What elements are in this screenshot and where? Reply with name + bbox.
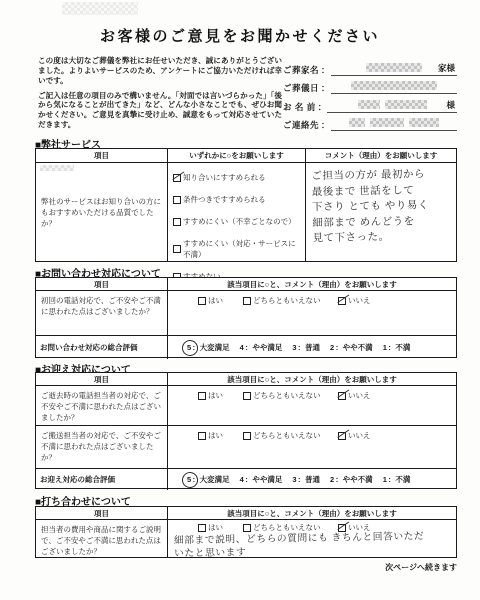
checkbox-icon (173, 245, 181, 253)
rating-2[interactable]: 2：やや不満 (329, 342, 373, 353)
option-label: はい (208, 522, 223, 533)
meeting-table: 項目 該当項目に○と、コメント（理由）をお願いします 担当者の費用や商品に関する… (35, 506, 457, 558)
family-name-input[interactable]: 家様 (331, 60, 457, 76)
pickup-answer-cell-1: はい どちらともいえない いいえ (168, 386, 456, 425)
checkbox-no[interactable]: いいえ (338, 390, 371, 401)
inquiry-question-row: 初回の電話対応で、ご不安やご不満に思われた点はございましたか？ はい どちらとも… (36, 291, 456, 336)
option-label: いいえ (348, 295, 371, 306)
rating-4[interactable]: 4：やや満足 (239, 474, 283, 485)
option-label: どちらともいえない (253, 390, 321, 401)
pickup-rating-cell: 5：大変満足 4：やや満足 3：普通 2：やや不満 1：不満 (168, 469, 456, 490)
field-suffix: 様 (446, 99, 455, 111)
field-label: ご葬儀日 (283, 82, 319, 94)
option-label: はい (208, 430, 223, 441)
inquiry-answer-cell: はい どちらともいえない いいえ (168, 291, 456, 335)
checkbox-icon (173, 196, 181, 204)
option-label: はい (208, 295, 223, 306)
col-header-response: 該当項目に○と、コメント（理由）をお願いします (168, 278, 456, 290)
field-name: お 名 前： 様 (283, 94, 457, 113)
intro-text: この度は大切なご葬儀を弊社にお任せいただき、誠にありがとうございました。よりよい… (38, 56, 282, 135)
checkbox-neither[interactable]: どちらともいえない (243, 390, 338, 401)
option-label: いいえ (348, 390, 371, 401)
checkbox-yes[interactable]: はい (198, 390, 243, 401)
option-label: いいえ (348, 430, 371, 441)
rating-text: ：不満 (388, 342, 411, 353)
col-header-comment: コメント（理由）をお願いします (306, 149, 456, 162)
rating-number: 5 (186, 475, 192, 484)
checkbox-icon (243, 432, 251, 440)
pickup-rating-row: お迎え対応の総合評価 5：大変満足 4：やや満足 3：普通 2：やや不満 1：不… (36, 469, 456, 490)
checkbox-no[interactable]: いいえ (338, 430, 371, 441)
checkbox-icon (243, 392, 251, 400)
redacted-value (370, 118, 404, 127)
rating-text: ：やや不満 (335, 474, 373, 485)
scan-smudge (62, 2, 138, 15)
option-label: すすめにくい（対応・サービスに不満） (183, 238, 303, 260)
pickup-question-cell-2: ご搬送担当者の対応で、ご不安やご不満に思われた点はございましたか？ (36, 426, 168, 468)
rating-number: 1 (382, 475, 388, 484)
checkbox-yes[interactable]: はい (198, 522, 243, 533)
checkbox-icon (198, 297, 206, 305)
service-comment-cell: ご担当の方が 最初から 最後まで 世話をして 下さり とても やり易く 細部まで… (306, 163, 456, 261)
inquiry-question-cell: 初回の電話対応で、ご不安やご不満に思われた点はございましたか？ (36, 291, 168, 335)
checkbox-neither[interactable]: どちらともいえない (243, 295, 338, 306)
field-label: お 名 前 (283, 101, 316, 113)
checkbox-hard-misfortune[interactable]: すすめにくい（不幸ごとなので） (173, 216, 303, 227)
rating-4[interactable]: 4：やや満足 (239, 342, 283, 353)
meeting-question-row: 担当者の費用や商品に関するご説明で、ご不安やご不満に思われた点はございましたか？… (36, 520, 456, 557)
rating-1[interactable]: 1：不満 (382, 474, 411, 485)
intro-paragraph-1: この度は大切なご葬儀を弊社にお任せいただき、誠にありがとうございました。よりよい… (38, 56, 282, 86)
meeting-header-row: 項目 該当項目に○と、コメント（理由）をお願いします (36, 507, 456, 520)
col-header-item: 項目 (36, 373, 168, 385)
col-header-choice: いずれかに○をお願いします (168, 149, 306, 162)
meeting-answer-cell: はい どちらともいえない いいえ 細部まで説明、どちらの質問にも きちんと回答い… (168, 520, 456, 557)
field-family-name: ご葬家名： 家様 (283, 57, 457, 76)
redacted-value (385, 100, 427, 109)
rating-number: 3 (291, 475, 297, 484)
checkbox-neither[interactable]: どちらともいえない (243, 430, 338, 441)
inquiry-rating-cell: 5：大変満足 4：やや満足 3：普通 2：やや不満 1：不満 (168, 336, 456, 359)
field-suffix: 家様 (438, 62, 455, 74)
inquiry-table: 項目 該当項目に○と、コメント（理由）をお願いします 初回の電話対応で、ご不安や… (35, 277, 457, 358)
inquiry-header-row: 項目 該当項目に○と、コメント（理由）をお願いします (36, 278, 456, 291)
field-funeral-date: ご葬儀日： (283, 76, 457, 95)
option-label: 知り合いにすすめられる (183, 172, 266, 183)
comment-line: 見て下さった。 (312, 229, 454, 247)
col-header-response: 該当項目に○と、コメント（理由）をお願いします (168, 373, 456, 385)
inquiry-rating-row: お問い合わせ対応の総合評価 5：大変満足 4：やや満足 3：普通 2：やや不満 … (36, 336, 456, 359)
question-text: 弊社のサービスはお知り合いの方にもおすすめいただける品質でしたか？ (41, 197, 162, 230)
checkbox-yes[interactable]: はい (198, 430, 243, 441)
service-options-cell: 知り合いにすすめられる 条件つきですすめられる すすめにくい（不幸ごとなので） … (168, 163, 306, 261)
handwritten-comment: ご担当の方が 最初から 最後まで 世話をして 下さり とても やり易く 細部まで… (305, 162, 456, 247)
continue-note: 次ページへ続きます (35, 562, 457, 573)
pickup-header-row: 項目 該当項目に○と、コメント（理由）をお願いします (36, 373, 456, 386)
service-header-row: 項目 いずれかに○をお願いします コメント（理由）をお願いします (36, 149, 456, 163)
page-title: お客様のご意見をお聞かせください (0, 25, 480, 46)
rating-number: 4 (239, 343, 245, 352)
contact-input[interactable] (331, 115, 457, 131)
name-input[interactable]: 様 (327, 97, 457, 113)
col-header-response: 該当項目に○と、コメント（理由）をお願いします (168, 507, 456, 519)
rating-text: ：やや不満 (335, 342, 373, 353)
checkbox-recommend[interactable]: 知り合いにすすめられる (173, 172, 303, 183)
rating-2[interactable]: 2：やや不満 (329, 474, 373, 485)
customer-info: ご葬家名： 家様 ご葬儀日： お 名 前： 様 ご連絡先： (283, 57, 457, 131)
rating-label: お問い合わせ対応の総合評価 (36, 336, 168, 359)
rating-number: 1 (382, 343, 388, 352)
pickup-answer-cell-2: はい どちらともいえない いいえ (168, 426, 456, 468)
rating-3[interactable]: 3：普通 (291, 342, 320, 353)
rating-number: 2 (329, 343, 335, 352)
pickup-table: 項目 該当項目に○と、コメント（理由）をお願いします ご逝去時の電話担当者の対応… (35, 372, 457, 489)
redacted-value (351, 81, 437, 90)
checkbox-yes[interactable]: はい (198, 295, 243, 306)
col-header-item: 項目 (36, 507, 168, 519)
option-label: どちらともいえない (253, 295, 321, 306)
option-label: どちらともいえない (253, 430, 321, 441)
service-table: 項目 いずれかに○をお願いします コメント（理由）をお願いします 弊社のサービス… (35, 148, 457, 262)
checkbox-conditional[interactable]: 条件つきですすめられる (173, 194, 303, 205)
rating-number: 3 (291, 343, 297, 352)
rating-1[interactable]: 1：不満 (382, 342, 411, 353)
rating-label: お迎え対応の総合評価 (36, 469, 168, 490)
field-label: ご葬家名 (283, 64, 319, 76)
field-label: ご連絡先 (283, 119, 319, 131)
redacted-value (349, 118, 365, 127)
checkbox-icon (198, 524, 206, 532)
redacted-strip (40, 165, 74, 171)
pickup-question-row-2: ご搬送担当者の対応で、ご不安やご不満に思われた点はございましたか？ はい どちら… (36, 426, 456, 469)
checkbox-no[interactable]: いいえ (338, 295, 371, 306)
checkbox-icon (198, 432, 206, 440)
service-body-row: 弊社のサービスはお知り合いの方にもおすすめいただける品質でしたか？ 知り合いにす… (36, 163, 456, 261)
handwritten-comment: 細部まで説明、どちらの質問にも きちんと回答いただ いたと思います (174, 530, 452, 561)
checkbox-icon (243, 524, 251, 532)
option-label: すすめにくい（不幸ごとなので） (183, 216, 296, 227)
checkbox-icon (173, 218, 181, 226)
rating-number: 5 (186, 343, 192, 352)
pickup-question-row-1: ご逝去時の電話担当者の対応で、ご不安やご不満に思われた点はございましたか？ はい… (36, 386, 456, 426)
col-header-item: 項目 (36, 149, 168, 162)
rating-text: ：やや満足 (245, 342, 283, 353)
rating-5[interactable]: 5：大変満足 (186, 474, 230, 485)
option-label: 条件つきですすめられる (183, 194, 266, 205)
rating-text: ：やや満足 (245, 474, 283, 485)
checkbox-icon (243, 297, 251, 305)
rating-text: ：不満 (388, 474, 411, 485)
redacted-value (366, 63, 422, 72)
redacted-value (358, 100, 380, 109)
checkbox-hard-dissatisfied[interactable]: すすめにくい（対応・サービスに不満） (173, 238, 303, 260)
rating-text: ：普通 (298, 342, 321, 353)
redacted-value (409, 118, 439, 127)
option-label: はい (208, 390, 223, 401)
intro-paragraph-2: ご記入は任意の項目のみで構いません。「対面では言いづらかった」「後から気になるこ… (38, 91, 282, 130)
funeral-date-input[interactable] (331, 78, 457, 94)
rating-number: 4 (239, 475, 245, 484)
rating-3[interactable]: 3：普通 (291, 474, 320, 485)
pickup-question-cell-1: ご逝去時の電話担当者の対応で、ご不安やご不満に思われた点はございましたか？ (36, 386, 168, 425)
field-contact: ご連絡先： (283, 113, 457, 132)
rating-5[interactable]: 5：大変満足 (186, 342, 230, 353)
col-header-item: 項目 (36, 278, 168, 290)
rating-text: ：普通 (298, 474, 321, 485)
rating-number: 2 (329, 475, 335, 484)
meeting-question-cell: 担当者の費用や商品に関するご説明で、ご不安やご不満に思われた点はございましたか？ (36, 520, 168, 557)
checkbox-icon (198, 392, 206, 400)
service-question-cell: 弊社のサービスはお知り合いの方にもおすすめいただける品質でしたか？ (36, 163, 168, 261)
